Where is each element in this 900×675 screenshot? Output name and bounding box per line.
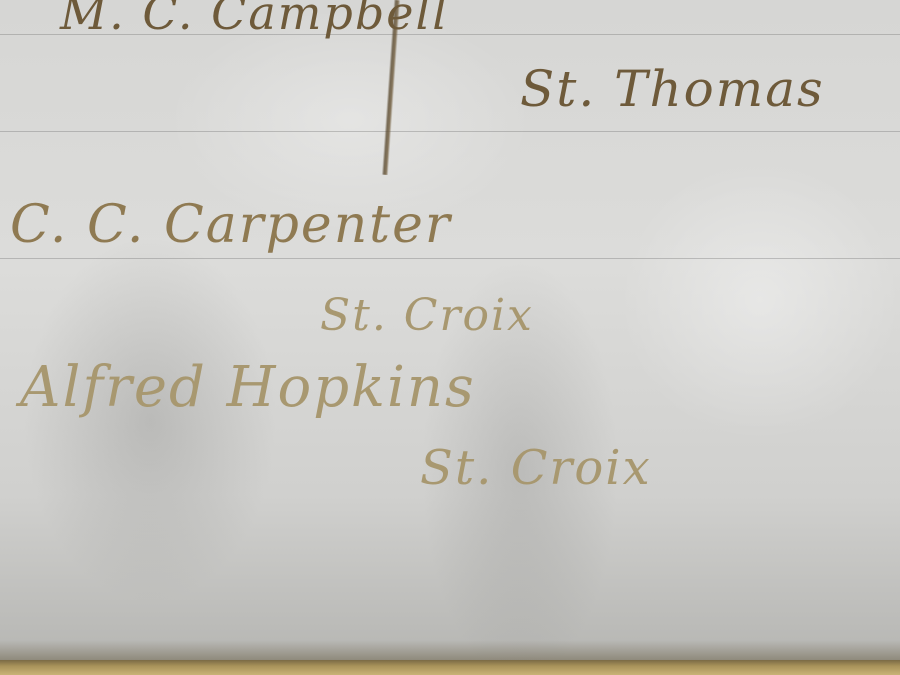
ruled-line (0, 258, 900, 259)
frame-edge (0, 660, 900, 675)
signature-place-2: St. Croix (320, 290, 534, 341)
signature-place-3: St. Croix (420, 440, 652, 496)
signature-place-1: St. Thomas (520, 60, 825, 118)
signature-name-3: Alfred Hopkins (20, 355, 476, 420)
document-paper: M. C. Campbell St. Thomas C. C. Carpente… (0, 0, 900, 660)
signature-name-2: C. C. Carpenter (10, 195, 452, 255)
signature-name-1: M. C. Campbell (60, 0, 449, 40)
ruled-line (0, 131, 900, 132)
